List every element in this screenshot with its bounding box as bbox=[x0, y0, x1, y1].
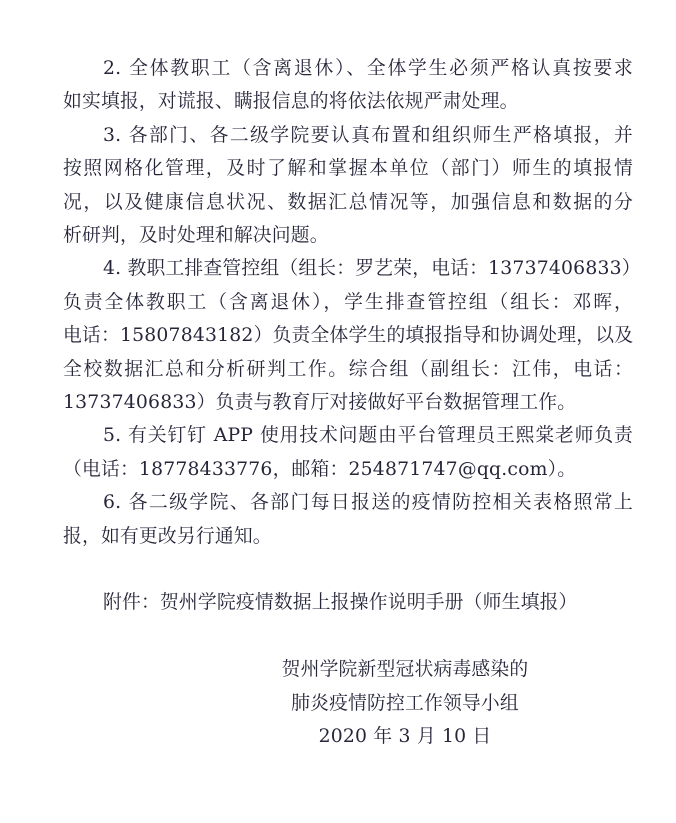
signature-org-line-1: 贺州学院新型冠状病毒感染的 bbox=[177, 653, 633, 686]
body-line: 如实填报，对谎报、瞒报信息的将依法依规严肃处理。 bbox=[63, 85, 633, 118]
body-line: 况，以及健康信息状况、数据汇总情况等，加强信息和数据的分 bbox=[63, 186, 633, 219]
body-line: 电话：15807843182）负责全体学生的填报指导和协调处理，以及 bbox=[63, 319, 633, 352]
signature-org-line-2: 肺炎疫情防控工作领导小组 bbox=[177, 687, 633, 720]
body-line: 3. 各部门、各二级学院要认真布置和组织师生严格填报，并 bbox=[63, 119, 633, 152]
document-page: 2. 全体教职工（含离退休）、全体学生必须严格认真按要求如实填报，对谎报、瞒报信… bbox=[0, 0, 676, 823]
body-line: 报，如有更改另行通知。 bbox=[63, 520, 633, 553]
body-line: （电话：18778433776，邮箱：254871747@qq.com）。 bbox=[63, 453, 633, 486]
signature-date: 2020 年 3 月 10 日 bbox=[177, 720, 633, 753]
attachment-line: 附件：贺州学院疫情数据上报操作说明手册（师生填报） bbox=[63, 586, 633, 619]
body-line: 5. 有关钉钉 APP 使用技术问题由平台管理员王熙棠老师负责 bbox=[63, 419, 633, 452]
document-body-lines: 2. 全体教职工（含离退休）、全体学生必须严格认真按要求如实填报，对谎报、瞒报信… bbox=[63, 52, 633, 553]
body-line: 4. 教职工排查管控组（组长：罗艺荣，电话：13737406833） bbox=[63, 252, 633, 285]
body-line: 6. 各二级学院、各部门每日报送的疫情防控相关表格照常上 bbox=[63, 486, 633, 519]
document-content: 2. 全体教职工（含离退休）、全体学生必须严格认真按要求如实填报，对谎报、瞒报信… bbox=[63, 52, 633, 754]
body-line: 析研判，及时处理和解决问题。 bbox=[63, 219, 633, 252]
signature-block: 贺州学院新型冠状病毒感染的 肺炎疫情防控工作领导小组 2020 年 3 月 10… bbox=[63, 653, 633, 753]
body-line: 负责全体教职工（含离退休），学生排查管控组（组长：邓晖， bbox=[63, 286, 633, 319]
body-line: 13737406833）负责与教育厅对接做好平台数据管理工作。 bbox=[63, 386, 633, 419]
body-line: 全校数据汇总和分析研判工作。综合组（副组长：江伟，电话： bbox=[63, 353, 633, 386]
body-line: 按照网格化管理，及时了解和掌握本单位（部门）师生的填报情 bbox=[63, 152, 633, 185]
body-line: 2. 全体教职工（含离退休）、全体学生必须严格认真按要求 bbox=[63, 52, 633, 85]
